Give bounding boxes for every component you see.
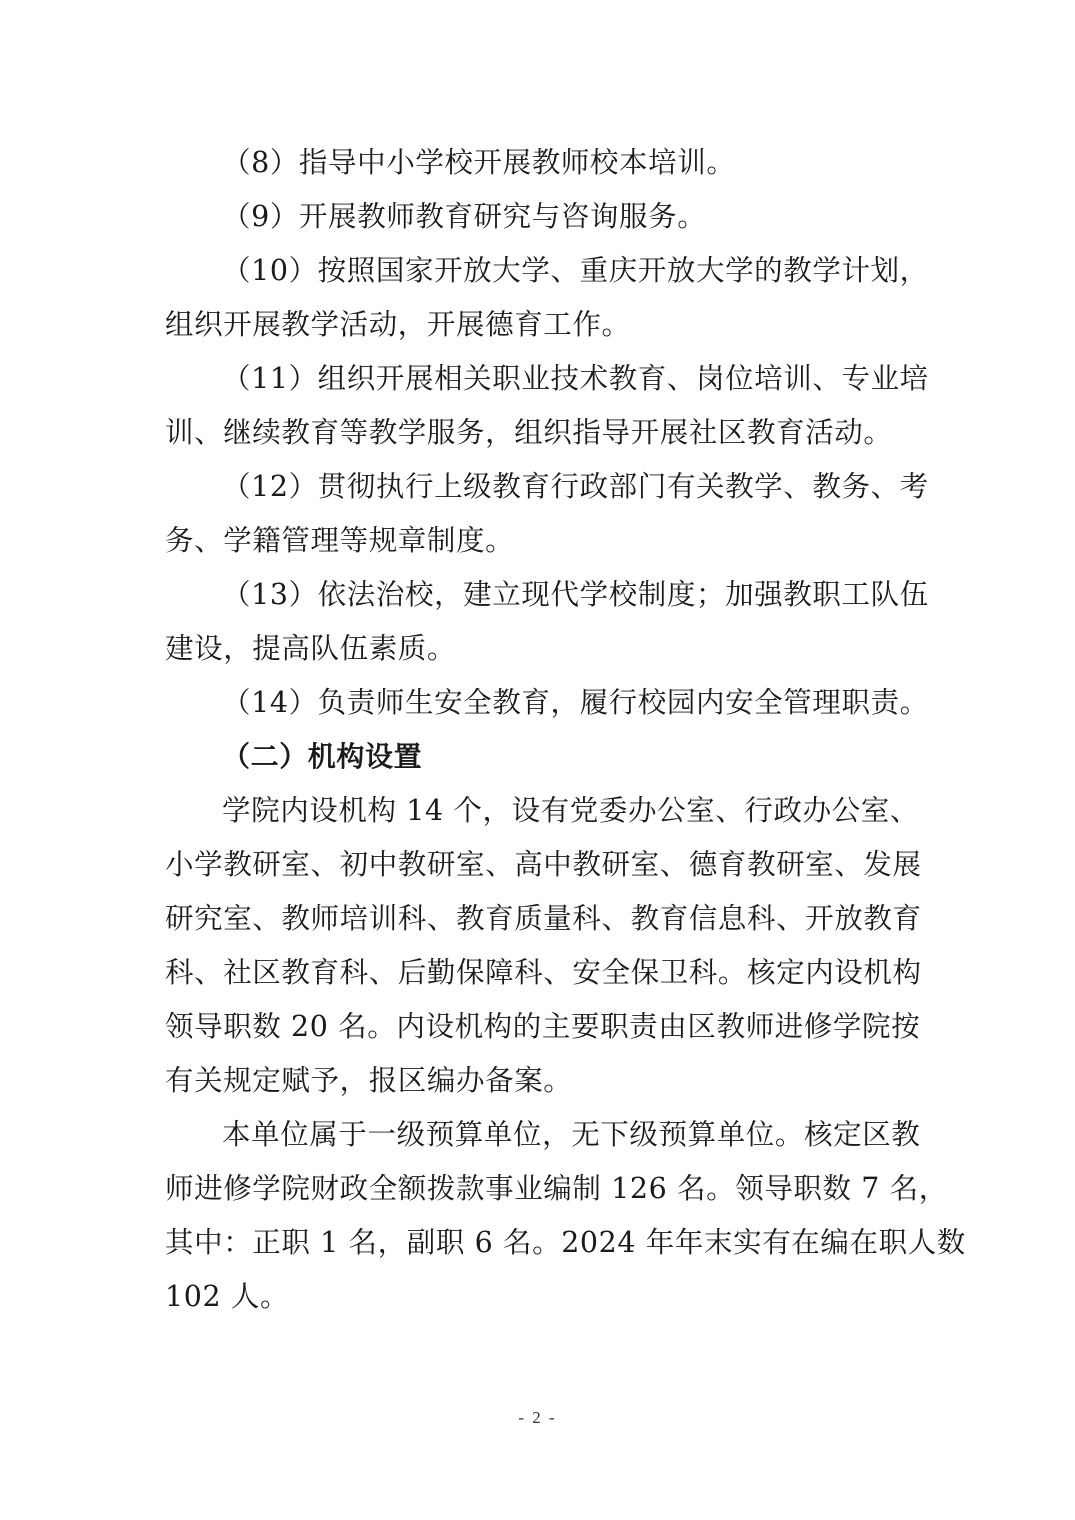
duty-item-11-line-1: （11）组织开展相关职业技术教育、岗位培训、专业培 (165, 352, 913, 406)
duty-item-13-line-1: （13）依法治校，建立现代学校制度；加强教职工队伍 (165, 568, 913, 622)
document-page: （8）指导中小学校开展教师校本培训。 （9）开展教师教育研究与咨询服务。 （10… (165, 136, 913, 1324)
paragraph-line: 有关规定赋予，报区编办备案。 (165, 1054, 913, 1108)
organization-paragraph: 学院内设机构 14 个，设有党委办公室、行政办公室、 小学教研室、初中教研室、高… (165, 784, 913, 1108)
duties-list: （8）指导中小学校开展教师校本培训。 （9）开展教师教育研究与咨询服务。 （10… (165, 136, 913, 730)
paragraph-line: 其中：正职 1 名，副职 6 名。2024 年年末实有在编在职人数 (165, 1216, 913, 1270)
paragraph-line: 102 人。 (165, 1270, 913, 1324)
paragraph-line: 小学教研室、初中教研室、高中教研室、德育教研室、发展 (165, 838, 913, 892)
duty-item-12-line-2: 务、学籍管理等规章制度。 (165, 514, 913, 568)
duty-item-8: （8）指导中小学校开展教师校本培训。 (165, 136, 913, 190)
paragraph-line: 研究室、教师培训科、教育质量科、教育信息科、开放教育 (165, 892, 913, 946)
duty-item-10-line-2: 组织开展教学活动，开展德育工作。 (165, 298, 913, 352)
section-heading: （二）机构设置 (165, 730, 913, 784)
duty-item-11-line-2: 训、继续教育等教学服务，组织指导开展社区教育活动。 (165, 406, 913, 460)
paragraph-line: 本单位属于一级预算单位，无下级预算单位。核定区教 (165, 1108, 913, 1162)
paragraph-line: 科、社区教育科、后勤保障科、安全保卫科。核定内设机构 (165, 946, 913, 1000)
duty-item-13-line-2: 建设，提高队伍素质。 (165, 622, 913, 676)
duty-item-14: （14）负责师生安全教育，履行校园内安全管理职责。 (165, 676, 913, 730)
duty-item-10-line-1: （10）按照国家开放大学、重庆开放大学的教学计划， (165, 244, 913, 298)
paragraph-line: 学院内设机构 14 个，设有党委办公室、行政办公室、 (165, 784, 913, 838)
paragraph-line: 师进修学院财政全额拨款事业编制 126 名。领导职数 7 名， (165, 1162, 913, 1216)
duty-item-12-line-1: （12）贯彻执行上级教育行政部门有关教学、教务、考 (165, 460, 913, 514)
page-number: - 2 - (0, 1408, 1075, 1428)
duty-item-9: （9）开展教师教育研究与咨询服务。 (165, 190, 913, 244)
paragraph-line: 领导职数 20 名。内设机构的主要职责由区教师进修学院按 (165, 1000, 913, 1054)
budget-unit-paragraph: 本单位属于一级预算单位，无下级预算单位。核定区教 师进修学院财政全额拨款事业编制… (165, 1108, 913, 1324)
